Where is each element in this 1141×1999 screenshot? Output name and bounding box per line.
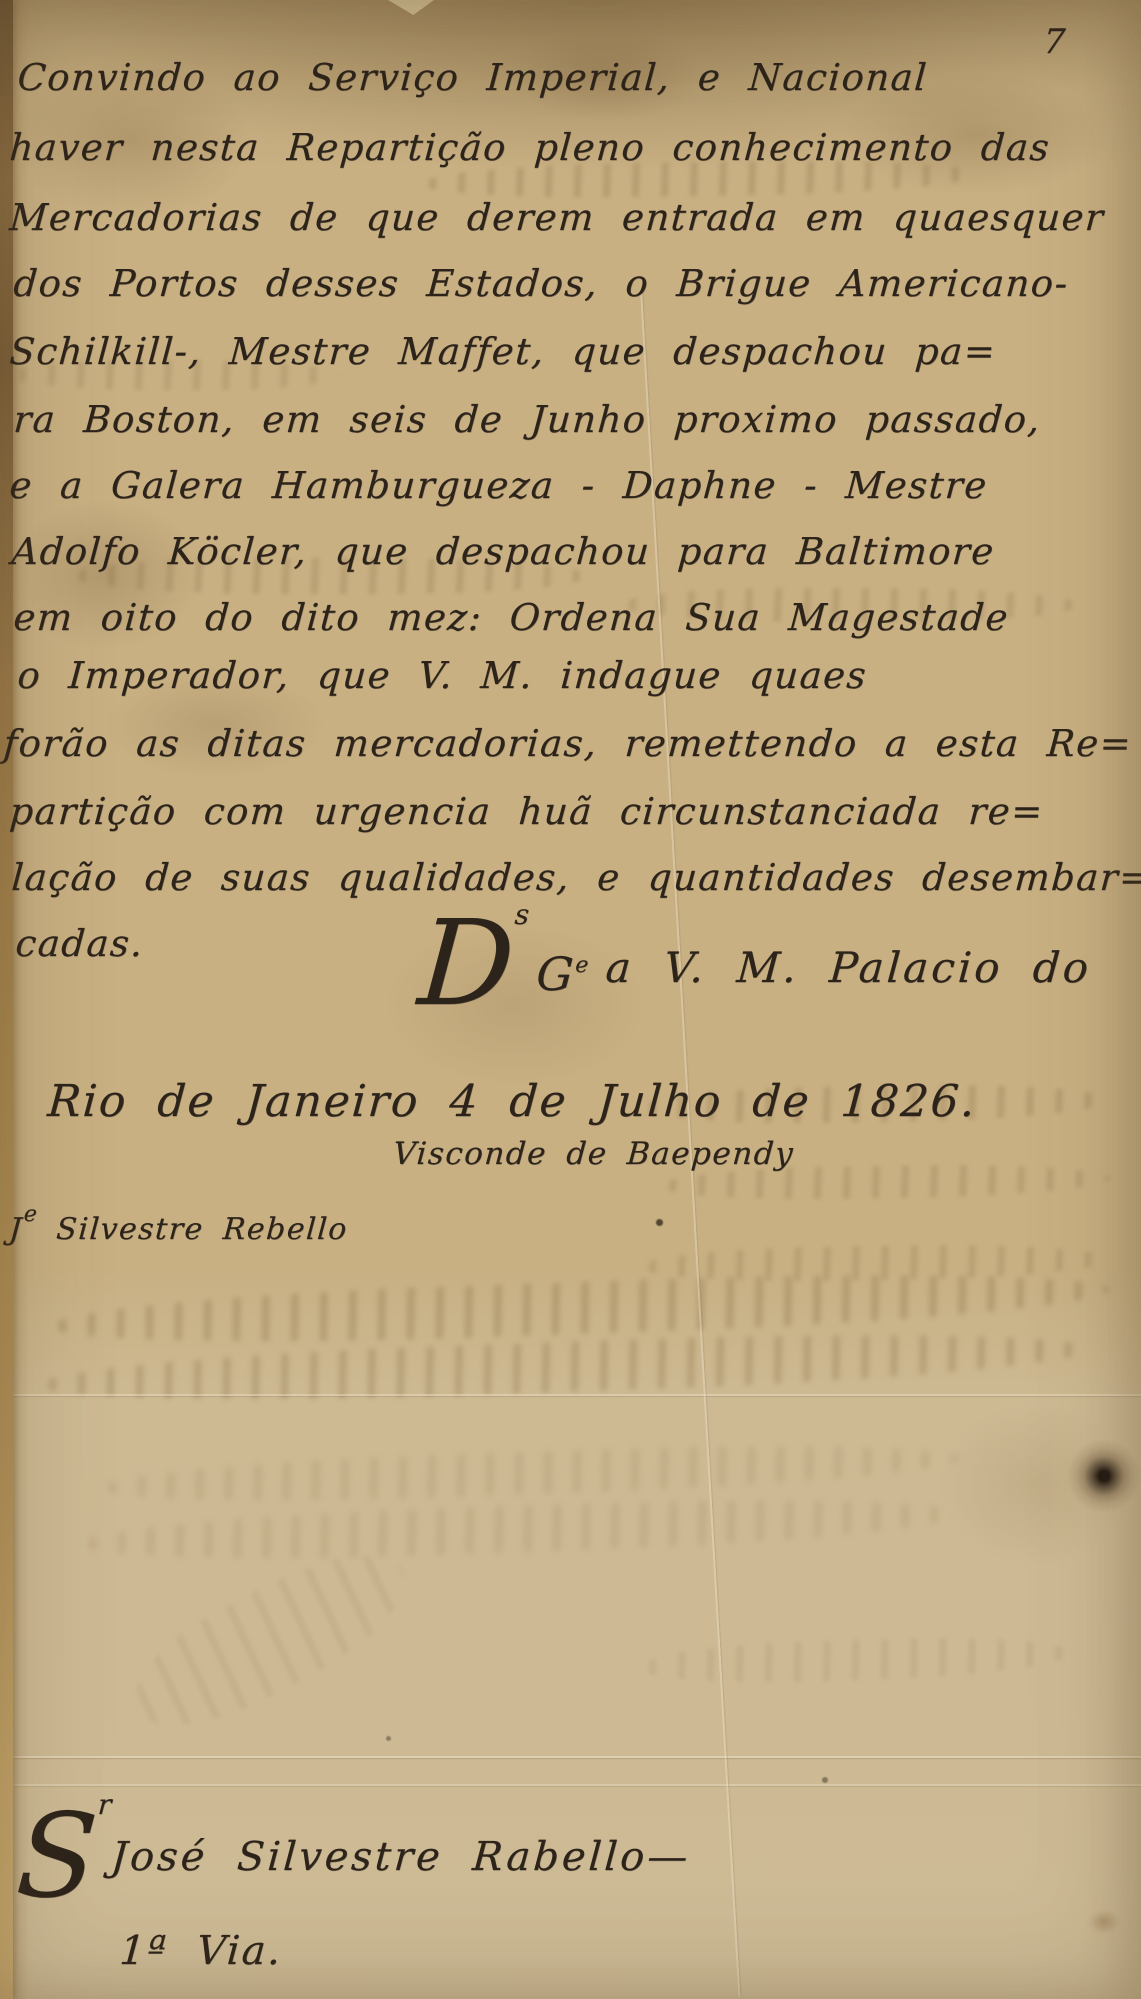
manuscript-line: Adolfo Köcler, que despachou para Baltim… [10,530,996,574]
closing-formula: DsGea V. M. Palacio do [416,898,1096,1010]
ink-blot [1066,1438,1141,1514]
addressee-initial: S [14,1811,101,1904]
clerk-name: Silvestre Rebello [55,1212,349,1247]
paper-spot [1082,1905,1126,1939]
closing-guard-superscript: e [574,953,590,978]
clerk-margin-note: Je Silvestre Rebello [8,1202,350,1247]
addressee-line: SrJosé Silvestre Rabello— [14,1788,695,1904]
page-edge [0,0,13,1999]
closing-guard: Ge [535,947,592,1001]
bleedthrough-smudge [114,1525,426,1754]
page-number: 7 [1042,22,1068,62]
ink-speck [656,1219,663,1226]
fold-crease-horizontal [0,1756,1141,1758]
clerk-abbrev-superscript: e [23,1202,39,1227]
closing-initial-superscript: s [514,898,532,931]
closing-text: a V. M. Palacio do [604,943,1093,992]
manuscript-line: partição com urgencia huã circunstanciad… [8,790,1045,834]
manuscript-line: haver nesta Repartição pleno conheciment… [8,126,1052,170]
manuscript-line: Convindo ao Serviço Imperial, e Nacional [16,56,929,100]
closing-guard-letter: G [535,947,577,1001]
manuscript-line: dos Portos desses Estados, o Brigue Amer… [12,262,1070,306]
ink-speck [822,1777,828,1783]
addressee-superscript: r [97,1788,114,1821]
via-note: 1ª Via. [118,1928,284,1974]
manuscript-line: cadas. [14,922,145,966]
manuscript-line: e a Galera Hamburgueza - Daphne - Mestre [8,464,989,508]
manuscript-line: forão as ditas mercadorias, remettendo a… [2,722,1134,766]
fold-crease-horizontal [0,1784,1141,1786]
manuscript-page: 7 Convindo ao Serviço Imperial, e Nacion… [0,0,1141,1999]
bleedthrough-smudge [79,1491,960,1568]
manuscript-line: ra Boston, em seis de Junho proximo pass… [12,398,1042,442]
closing-initial: D [416,916,519,1010]
manuscript-line: lação de suas qualidades, e quantidades … [10,856,1141,900]
ink-speck [386,1736,391,1741]
bleedthrough-smudge [639,1633,1070,1688]
manuscript-line: Schilkill-, Mestre Maffet, que despachou… [8,330,998,374]
addressee-name: José Silvestre Rabello— [110,1834,692,1880]
date-line: Rio de Janeiro 4 de Julho de 1826. [46,1076,978,1127]
signature: Visconde de Baependy [392,1136,795,1172]
manuscript-line: em oito do dito mez: Ordena Sua Magestad… [12,596,1010,640]
manuscript-line: Mercadorias de que derem entrada em quae… [8,196,1106,240]
manuscript-line: o Imperador, que V. M. indague quaes [16,654,869,698]
clerk-abbrev: J [8,1212,24,1247]
paper-tear [388,0,434,15]
bleedthrough-smudge [100,1437,961,1509]
fold-crease-horizontal [0,1394,1141,1396]
